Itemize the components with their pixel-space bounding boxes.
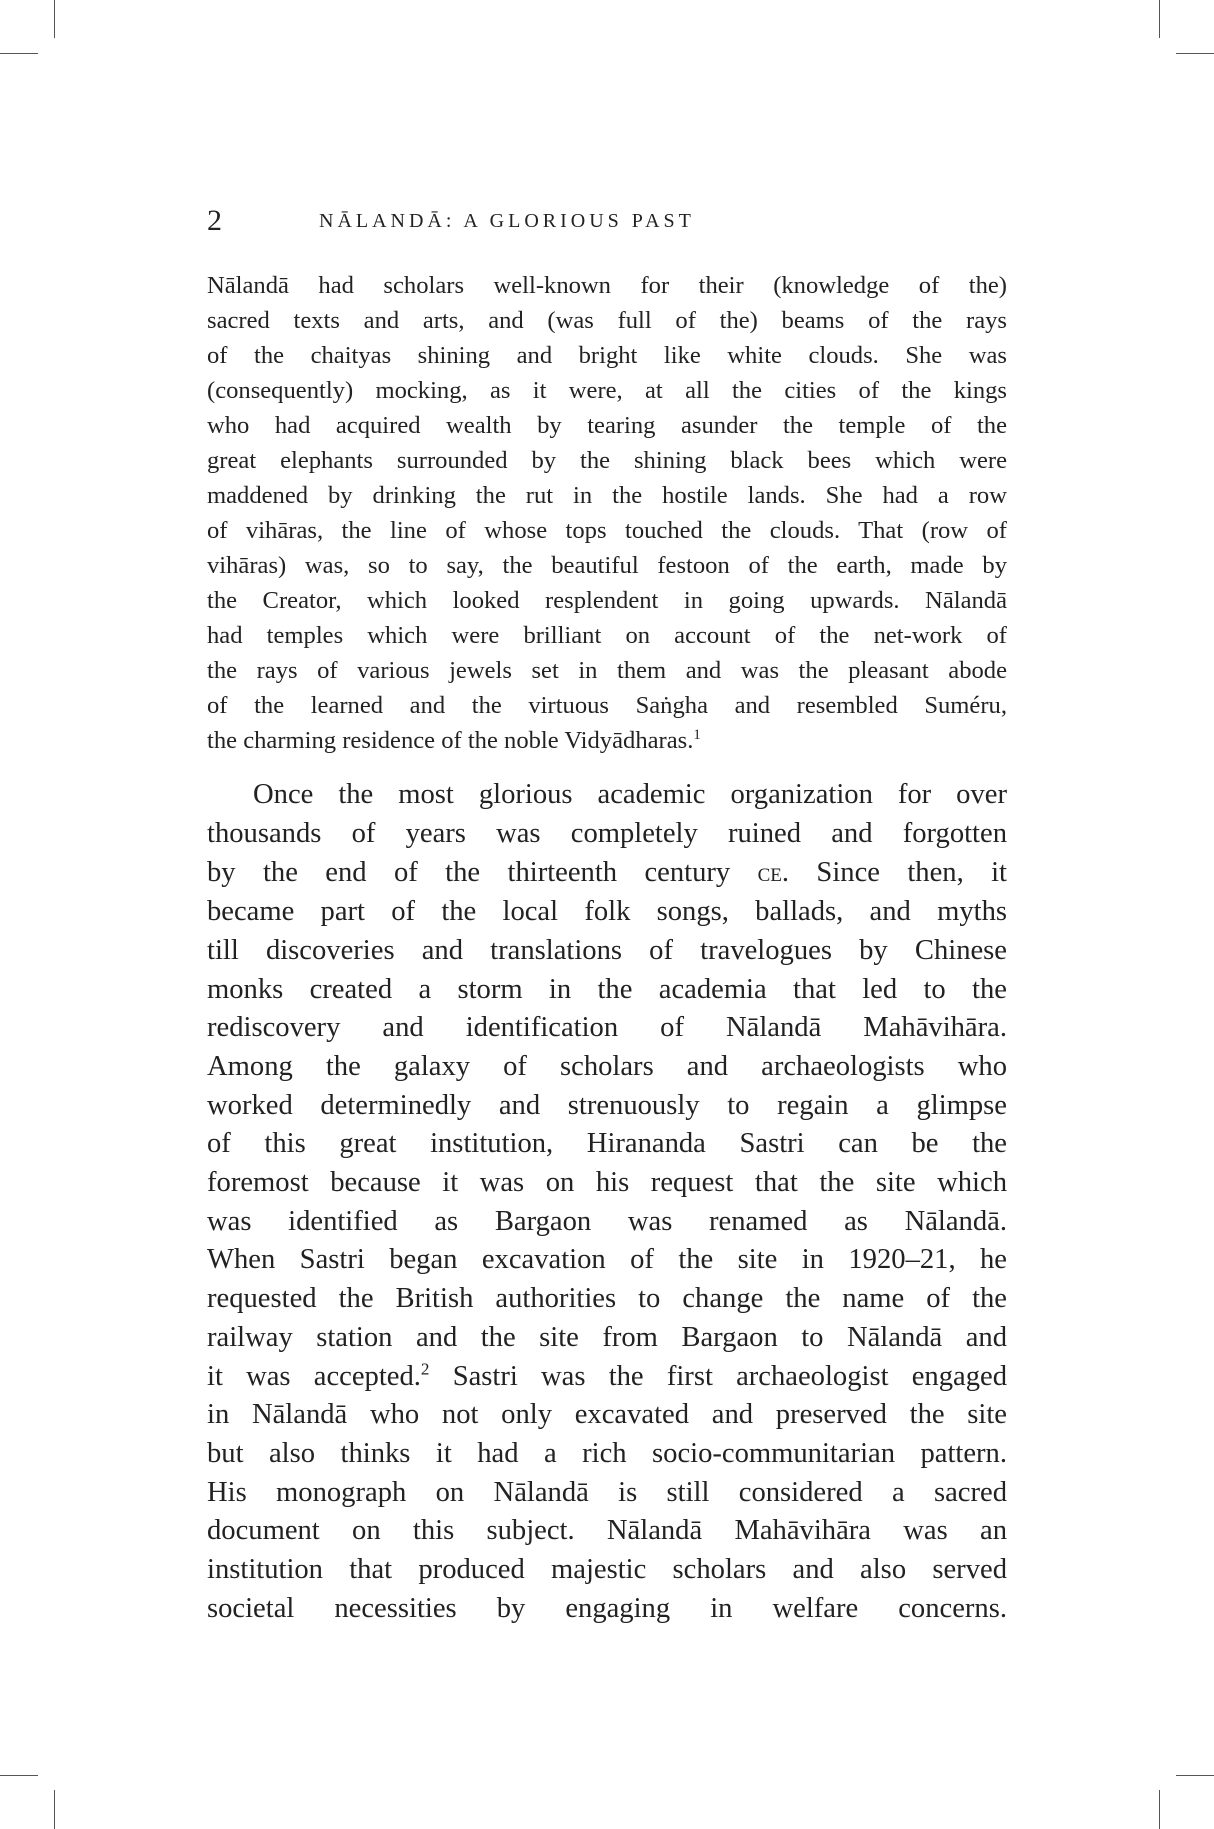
body-line: railway station and the site from Bargao… xyxy=(207,1319,1007,1358)
body-text: by the end of the thirteenth century xyxy=(207,857,758,888)
body-line: foremost because it was on his request t… xyxy=(207,1164,1007,1203)
footnote-ref-1[interactable]: 1 xyxy=(693,727,700,743)
body-line: Among the galaxy of scholars and archaeo… xyxy=(207,1048,1007,1087)
body-line: was identified as Bargaon was renamed as… xyxy=(207,1203,1007,1242)
quote-line-last: the charming residence of the noble Vidy… xyxy=(207,723,1007,758)
quote-line: (consequently) mocking, as it were, at a… xyxy=(207,373,1007,408)
quote-text: the charming residence of the noble Vidy… xyxy=(207,727,693,754)
body-line: His monograph on Nālandā is still consid… xyxy=(207,1474,1007,1513)
body-line: societal necessities by engaging in welf… xyxy=(207,1590,1007,1629)
running-title: Nālandā: a glorious past xyxy=(319,210,695,233)
block-quote: Nālandā had scholars well-known for thei… xyxy=(207,268,1007,758)
crop-mark-top-left-vertical xyxy=(54,0,55,38)
quote-line: maddened by drinking the rut in the host… xyxy=(207,478,1007,513)
quote-line: of the chaityas shining and bright like … xyxy=(207,338,1007,373)
quote-line: of vihāras, the line of whose tops touch… xyxy=(207,513,1007,548)
quote-line: Nālandā had scholars well-known for thei… xyxy=(207,268,1007,303)
crop-mark-bottom-right-vertical xyxy=(1159,1790,1160,1829)
body-line: by the end of the thirteenth century CE.… xyxy=(207,853,1007,893)
quote-line: who had acquired wealth by tearing asund… xyxy=(207,408,1007,443)
quote-line: the Creator, which looked resplendent in… xyxy=(207,583,1007,618)
body-line: it was accepted.2 Sastri was the first a… xyxy=(207,1358,1007,1397)
running-head: 2 Nālandā: a glorious past xyxy=(207,200,1007,240)
body-line: rediscovery and identification of Nāland… xyxy=(207,1009,1007,1048)
era-abbreviation: CE xyxy=(758,857,782,887)
body-line: institution that produced majestic schol… xyxy=(207,1551,1007,1590)
body-text: Sastri was the first archaeologist engag… xyxy=(429,1361,1007,1392)
crop-mark-top-right-vertical xyxy=(1159,0,1160,38)
body-line: thousands of years was completely ruined… xyxy=(207,815,1007,854)
page-number: 2 xyxy=(207,204,222,238)
body-line: Once the most glorious academic organiza… xyxy=(207,776,1007,815)
quote-line: the rays of various jewels set in them a… xyxy=(207,653,1007,688)
quote-line: had temples which were brilliant on acco… xyxy=(207,618,1007,653)
crop-mark-top-left-horizontal xyxy=(0,53,38,54)
body-text: . Since then, it xyxy=(782,857,1007,888)
body-line: document on this subject. Nālandā Mahāvi… xyxy=(207,1512,1007,1551)
quote-line: sacred texts and arts, and (was full of … xyxy=(207,303,1007,338)
body-line: monks created a storm in the academia th… xyxy=(207,971,1007,1010)
body-line: requested the British authorities to cha… xyxy=(207,1280,1007,1319)
quote-line: vihāras) was, so to say, the beautiful f… xyxy=(207,548,1007,583)
body-line: of this great institution, Hirananda Sas… xyxy=(207,1125,1007,1164)
body-line: till discoveries and translations of tra… xyxy=(207,932,1007,971)
body-line: worked determinedly and strenuously to r… xyxy=(207,1087,1007,1126)
body-line: became part of the local folk songs, bal… xyxy=(207,893,1007,932)
body-line: but also thinks it had a rich socio-comm… xyxy=(207,1435,1007,1474)
crop-mark-bottom-right-horizontal xyxy=(1176,1775,1214,1776)
quote-line: great elephants surrounded by the shinin… xyxy=(207,443,1007,478)
crop-mark-bottom-left-vertical xyxy=(54,1790,55,1829)
book-page: 2 Nālandā: a glorious past Nālandā had s… xyxy=(207,200,1007,1628)
body-line: When Sastri began excavation of the site… xyxy=(207,1241,1007,1280)
crop-mark-bottom-left-horizontal xyxy=(0,1775,38,1776)
body-line: in Nālandā who not only excavated and pr… xyxy=(207,1396,1007,1435)
quote-line: of the learned and the virtuous Saṅgha a… xyxy=(207,688,1007,723)
body-paragraph: Once the most glorious academic organiza… xyxy=(207,776,1007,1628)
body-text: it was accepted. xyxy=(207,1361,421,1392)
crop-mark-top-right-horizontal xyxy=(1176,53,1214,54)
